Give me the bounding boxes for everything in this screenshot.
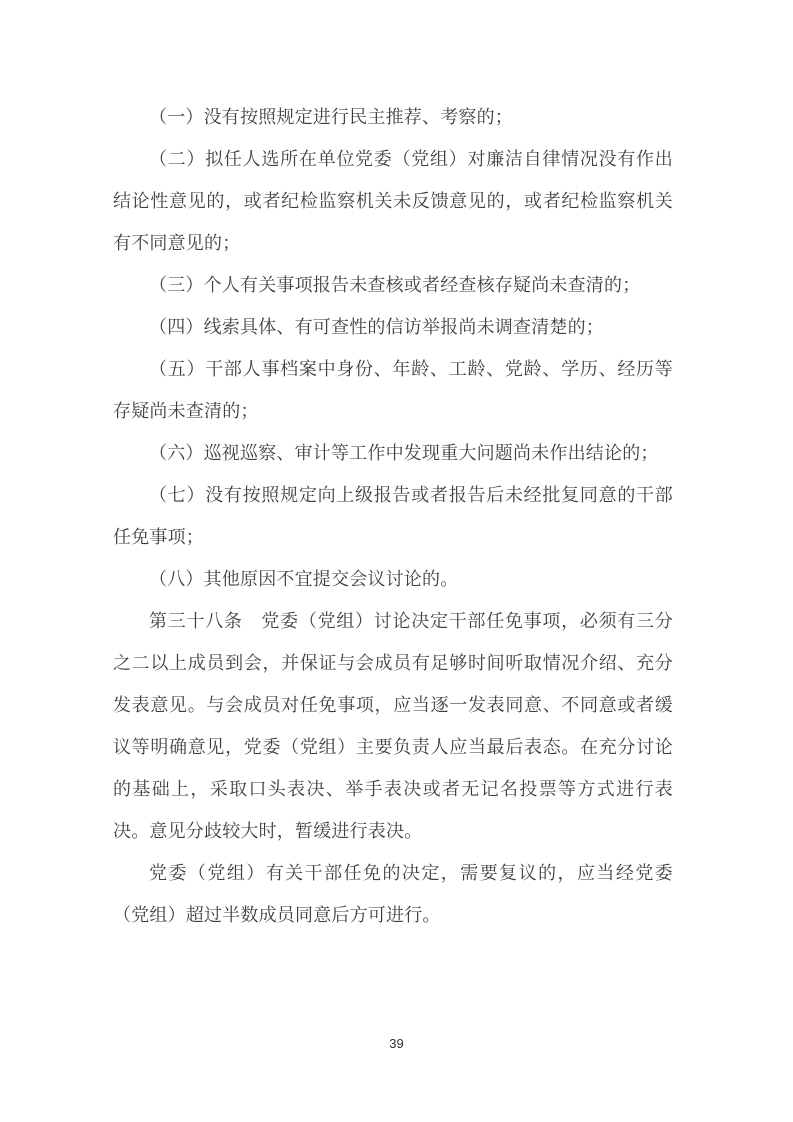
clause-item-6: （六）巡视巡察、审计等工作中发现重大问题尚未作出结论的； [113, 432, 673, 474]
clause-item-2: （二）拟任人选所在单位党委（党组）对廉洁自律情况没有作出结论性意见的，或者纪检监… [113, 138, 673, 264]
clause-item-1: （一）没有按照规定进行民主推荐、考察的； [113, 96, 673, 138]
document-page: （一）没有按照规定进行民主推荐、考察的； （二）拟任人选所在单位党委（党组）对廉… [0, 0, 793, 1122]
page-footer: 39 [0, 1036, 793, 1052]
document-body: （一）没有按照规定进行民主推荐、考察的； （二）拟任人选所在单位党委（党组）对廉… [113, 96, 673, 936]
clause-item-3: （三）个人有关事项报告未查核或者经查核存疑尚未查清的； [113, 264, 673, 306]
page-number: 39 [389, 1036, 403, 1051]
article-38-review-paragraph: 党委（党组）有关干部任免的决定，需要复议的，应当经党委（党组）超过半数成员同意后… [113, 852, 673, 936]
article-38-paragraph: 第三十八条 党委（党组）讨论决定干部任免事项，必须有三分之二以上成员到会，并保证… [113, 600, 673, 852]
clause-item-8: （八）其他原因不宜提交会议讨论的。 [113, 558, 673, 600]
clause-item-4: （四）线索具体、有可查性的信访举报尚未调查清楚的； [113, 306, 673, 348]
clause-item-5: （五）干部人事档案中身份、年龄、工龄、党龄、学历、经历等存疑尚未查清的； [113, 348, 673, 432]
clause-item-7: （七）没有按照规定向上级报告或者报告后未经批复同意的干部任免事项； [113, 474, 673, 558]
